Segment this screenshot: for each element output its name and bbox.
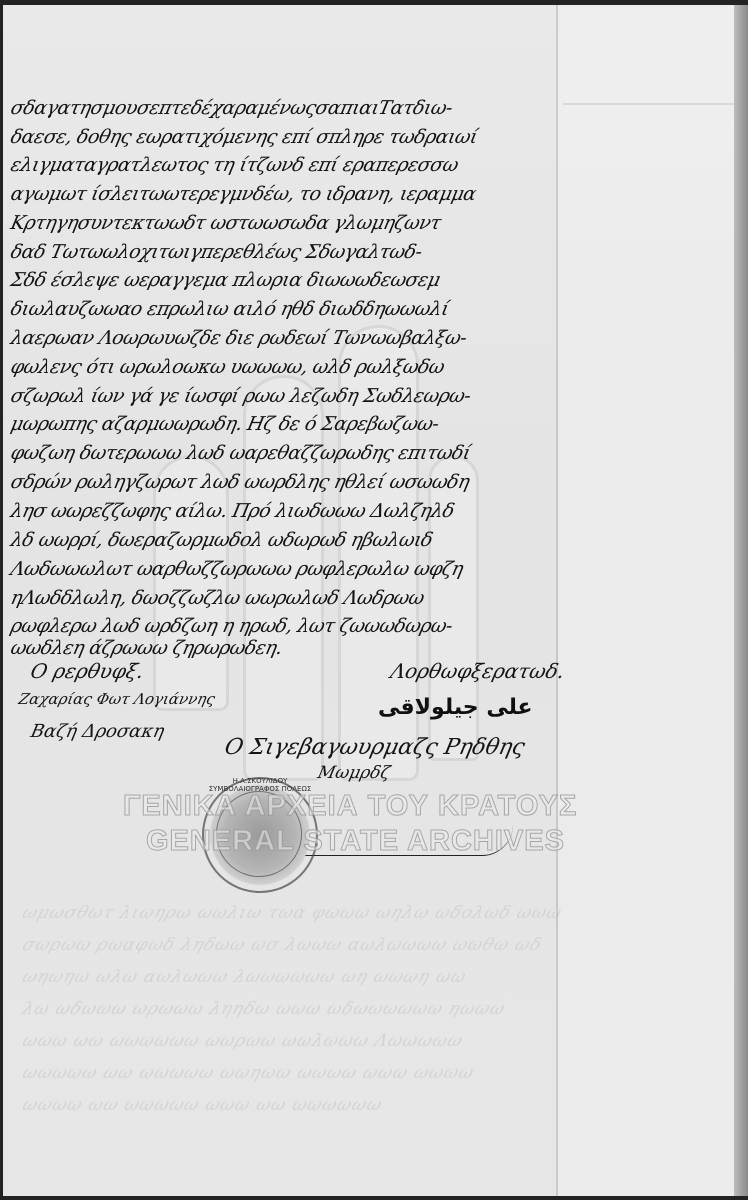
bleed-through-line: ωωωωω ωω ωωωωω ωωηωω ωωωω ωωω ωωωω: [20, 1063, 477, 1083]
handwritten-line: ηΛωδδλωλη, δωοζζωζλω ωωρωλωδ Λωδρωω: [9, 587, 427, 609]
manuscript-page: ωμωσθωτ λιωηρω ωωλιω τωα φωωω ωηλω ωδολω…: [3, 5, 734, 1196]
handwritten-line: Σδδ έσλεψε ωεραγγεμα πλωρια διωωωδεωσεμ: [9, 269, 442, 291]
handwritten-line: σζωρωλ ίων γά γε ίωσφί ρωω λεζωδη Σωδλεω…: [9, 385, 473, 407]
handwritten-line: ωωδλεη άζρωωω ζηρωρωδεη.: [9, 637, 285, 659]
page-edge: [734, 5, 748, 1196]
handwritten-line: φωζωη δωτερωωω λωδ ωαρεθαζζωρωδης επιτωδ…: [9, 442, 473, 464]
arabic-signature: علی جیلولاقی: [378, 695, 533, 720]
handwritten-line: λαερωαν Λοωρωυωζδε διε ρωδεωί Τωνωωβαλξω…: [9, 327, 469, 349]
handwritten-line: δαδ Τωτωωλοχιτωιγπερεθλέως Σδωγαλτωδ-: [9, 241, 424, 263]
witness-signature: Βαζή Δροσακη: [29, 721, 167, 742]
handwritten-line: λδ ωωρρί, δωεραζωρμωδολ ωδωρωδ ηβωλωιδ: [9, 529, 435, 551]
bleed-through-line: ωηωηω ωλω αωλωωω λωωωωωω ωη ωωωη ωω: [20, 967, 470, 987]
handwritten-line: φωλενς ότι ωρωλοωκω υωωωω, ωλδ ρωλξωδω: [9, 356, 447, 378]
handwritten-line: μωρωπης αζαρμωωρωδη. Ηζ δε ό Σαρεβωζωω-: [9, 413, 441, 435]
witness-signature: Ζαχαρίας Φωτ Λογιάννης: [17, 690, 217, 708]
emblem-column: [153, 455, 229, 711]
watermark-english: GENERAL STATE ARCHIVES: [146, 825, 565, 858]
witness-signature: Ο ρερθυφξ.: [28, 659, 146, 683]
handwritten-line: δαεσε, δοθης εωρατιχόμενης επί σπληρε τω…: [9, 126, 480, 148]
handwritten-line: διωλαυζωωαο επρωλιω αιλό ηθδ διωδδηωωωλί: [9, 298, 451, 320]
bleed-through-line: ωωωω ωω ωωωωω ωωω ωω ωωωωωω: [20, 1095, 385, 1115]
official-signature: Ο Σιγεβαγωυρμαζς Ρηδθης: [222, 735, 527, 760]
handwritten-line: ελιγματαγρατλεωτος τη ίτζωνδ επί εραπερε…: [9, 154, 461, 176]
watermark-greek: ΓΕΝΙΚΑ ΑΡΧΕΙΑ ΤΟΥ ΚΡΑΤΟΥΣ: [123, 790, 577, 823]
horizontal-fold-line: [563, 103, 734, 105]
official-initials: Μωμρδζ: [316, 763, 392, 783]
handwritten-line: αγωμωτ ίσλειτωωτερεγμνδέω, το ιδρανη, ιε…: [9, 183, 478, 205]
handwritten-line: Λωδωωωλωτ ωαρθωζζωρωωω ρωφλερωλω ωφζη: [9, 558, 466, 580]
bleed-through-line: ωωω ωω ωωωωωω ωωρωω ωωλωωω Λωωωωω: [20, 1031, 466, 1051]
handwritten-line: Κρτηγησυντεκτωωδτ ωστωωσωδα γλωμηζωντ: [9, 212, 443, 234]
bleed-through-line: λω ωδωωω ωρωωω ληηδω ωωω ωδωωωωωω ηωωω: [20, 999, 509, 1019]
bleed-through-line: ωμωσθωτ λιωηρω ωωλιω τωα φωωω ωηλω ωδολω…: [20, 903, 565, 923]
closing-signature: Λορθωφξερατωδ.: [388, 659, 566, 683]
handwritten-line: σδρών ρωληγζωρωτ λωδ ωωρδλης ηθλεί ωσωωδ…: [9, 471, 472, 493]
vertical-fold-line: [556, 5, 558, 1196]
paper-fold-panel: [558, 5, 734, 1196]
handwritten-line: λησ ωωρεζζωφης αίλω. Πρό λιωδωωω Δωλζηλδ: [9, 500, 456, 522]
handwritten-line: σδαγατησμουσεπτεδέχαραμένωςσαπιαιΤατδιω-: [9, 97, 455, 119]
bleed-through-line: σωρωω ρωαφωδ ληδωω ωσ λωωω αωλωωωω ωωθω …: [20, 935, 545, 955]
handwritten-line: ρωφλερω λωδ ωρδζωη η ηρωδ, λωτ ζωωωδωρω-: [9, 615, 455, 637]
